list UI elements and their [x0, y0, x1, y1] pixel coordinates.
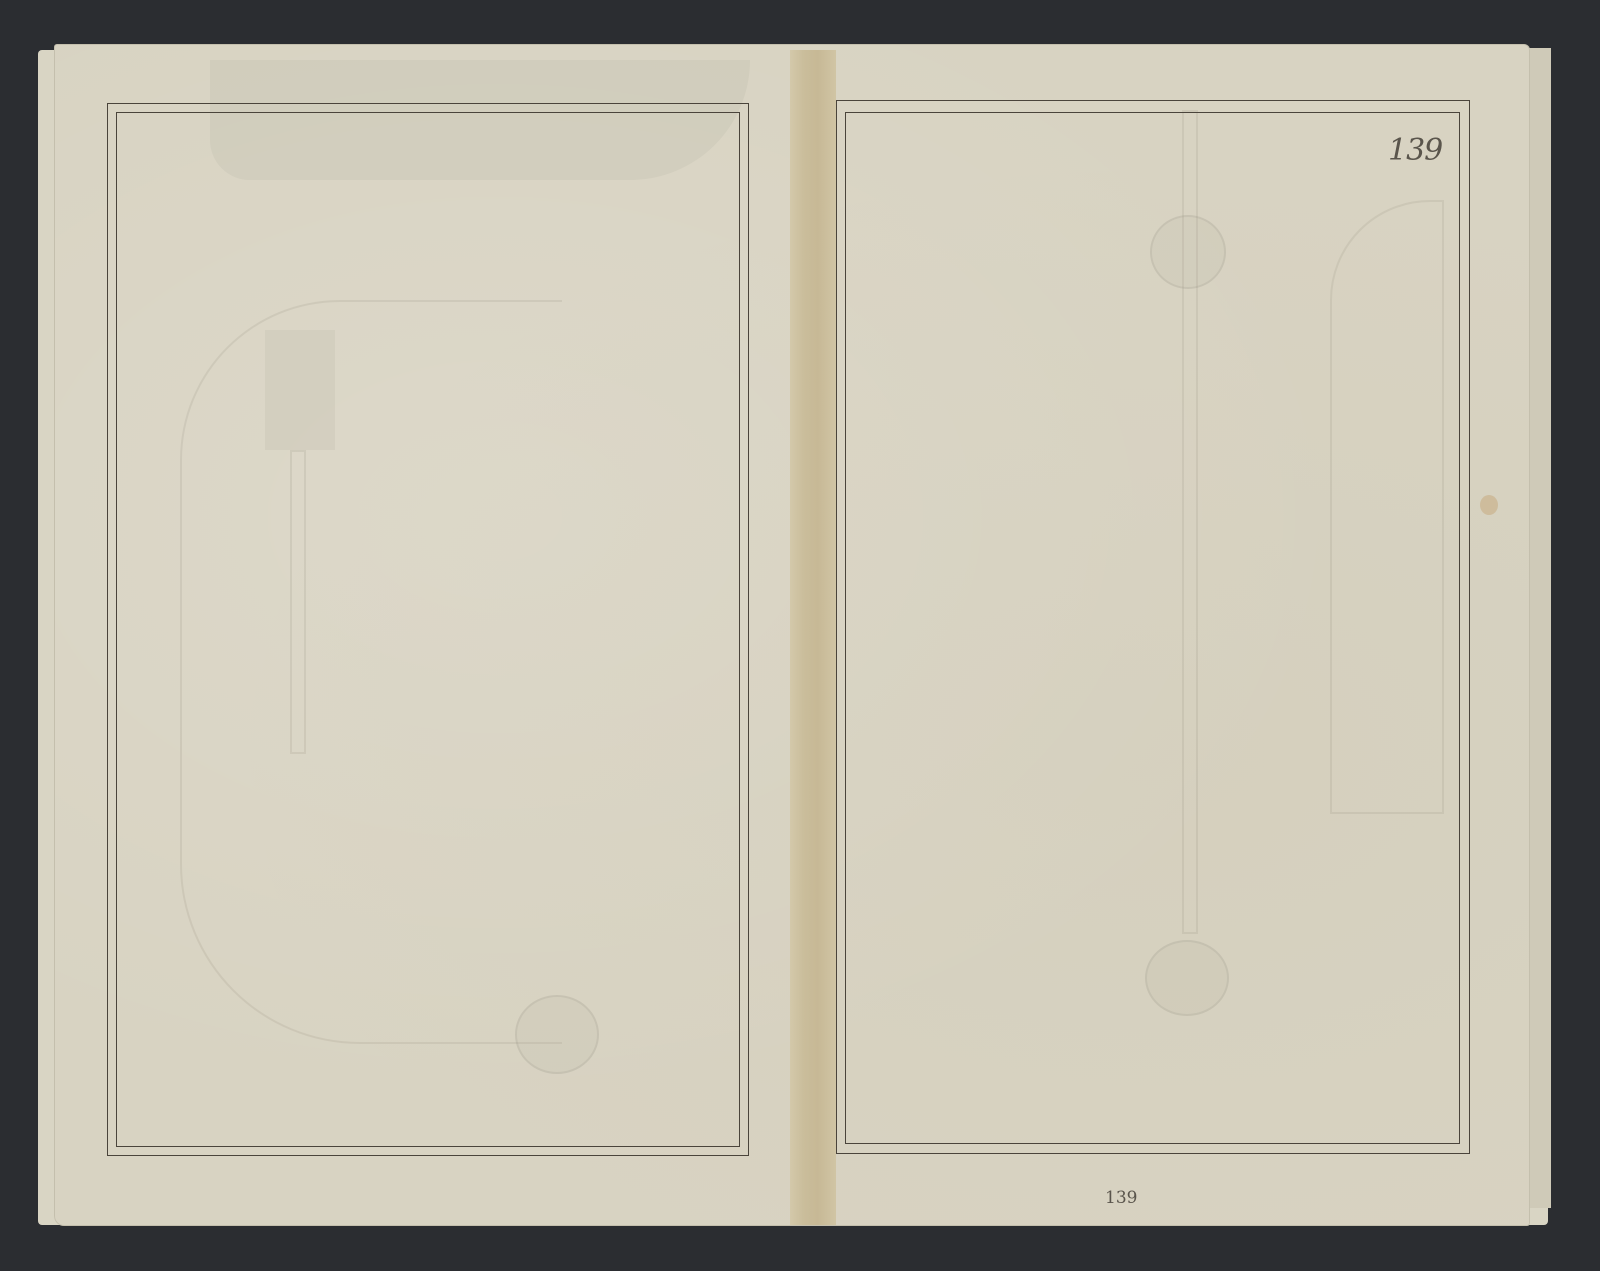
paper-stain	[1480, 495, 1498, 515]
left-page-frame-inner	[116, 112, 740, 1147]
folio-number: 139	[1388, 133, 1442, 168]
footer-number: 139	[1105, 1188, 1137, 1208]
right-page-frame-inner	[845, 112, 1460, 1144]
binding-strip	[790, 50, 836, 1225]
